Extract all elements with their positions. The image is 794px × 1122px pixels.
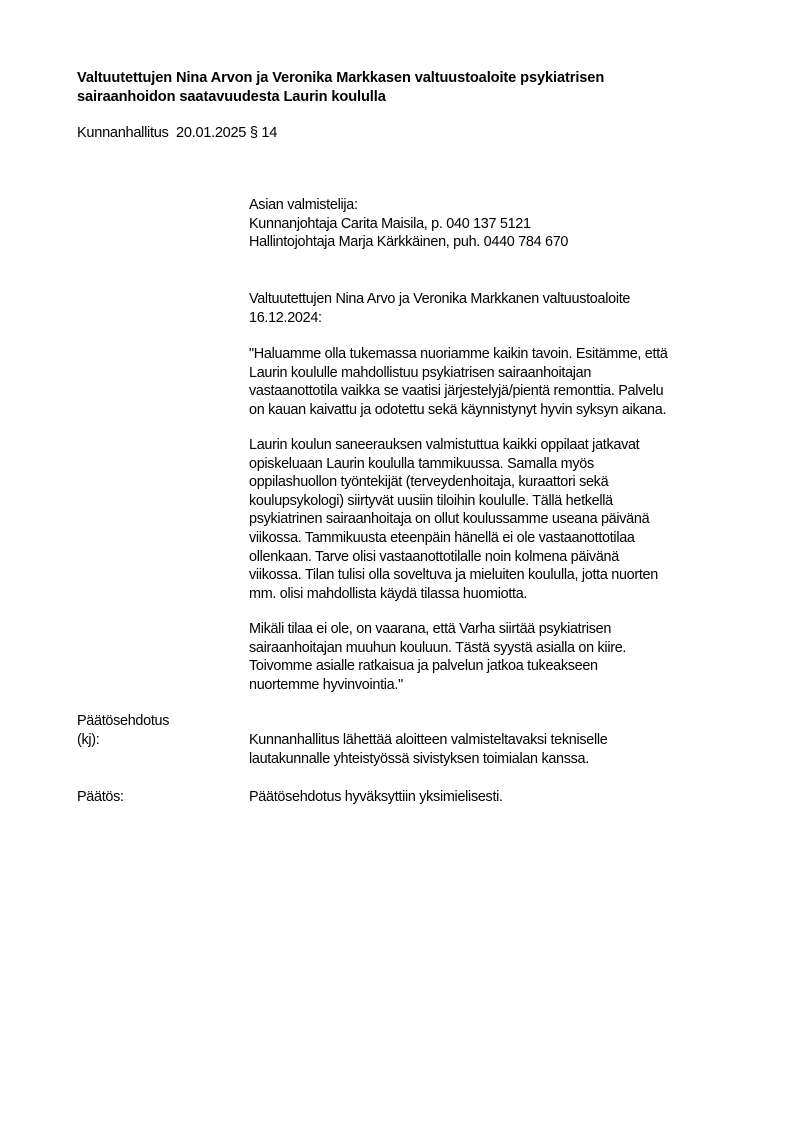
- intro-line: Valtuutettujen Nina Arvo ja Veronika Mar…: [249, 290, 759, 309]
- text-line: oppilashuollon työntekijät (terveydenhoi…: [249, 473, 759, 492]
- decision-text: Päätösehdotus hyväksyttiin yksimielisest…: [249, 788, 759, 807]
- text-line: opiskeluaan Laurin koululla tammikuussa.…: [249, 455, 759, 474]
- quote-paragraph-1: "Haluamme olla tukemassa nuoriamme kaiki…: [249, 345, 759, 419]
- meeting-reference: Kunnanhallitus 20.01.2025 § 14: [77, 124, 277, 143]
- text-line: vastaanottotila vaikka se vaatisi järjes…: [249, 382, 759, 401]
- text-line: Päätösehdotus hyväksyttiin yksimielisest…: [249, 788, 759, 807]
- intro-line: 16.12.2024:: [249, 309, 759, 328]
- text-line: psykiatrinen sairaanhoitaja on ollut kou…: [249, 510, 759, 529]
- text-line: lautakunnalle yhteistyössä sivistyksen t…: [249, 750, 759, 769]
- text-line: nuortemme hyvinvointia.": [249, 676, 759, 695]
- quote-paragraph-3: Mikäli tilaa ei ole, on vaarana, että Va…: [249, 620, 759, 694]
- preparers-heading: Asian valmistelija:: [249, 196, 759, 215]
- quote-paragraph-2: Laurin koulun saneerauksen valmistuttua …: [249, 436, 759, 603]
- text-line: Laurin koululle mahdollistuu psykiatrise…: [249, 364, 759, 383]
- preparer-line: Kunnanjohtaja Carita Maisila, p. 040 137…: [249, 215, 759, 234]
- proposal-label-line: (kj):: [77, 731, 169, 750]
- text-line: sairaanhoitajan muuhun kouluun. Tästä sy…: [249, 639, 759, 658]
- text-line: Laurin koulun saneerauksen valmistuttua …: [249, 436, 759, 455]
- text-line: viikossa. Tilan tulisi olla soveltuva ja…: [249, 566, 759, 585]
- title-line: sairaanhoidon saatavuudesta Laurin koulu…: [77, 88, 697, 107]
- title-line: Valtuutettujen Nina Arvon ja Veronika Ma…: [77, 69, 697, 88]
- text-line: koulupsykologi) siirtyvät uusiin tiloihi…: [249, 492, 759, 511]
- proposal-label: Päätösehdotus (kj):: [77, 712, 169, 749]
- initiative-intro: Valtuutettujen Nina Arvo ja Veronika Mar…: [249, 290, 759, 327]
- proposal-text: Kunnanhallitus lähettää aloitteen valmis…: [249, 731, 759, 768]
- text-line: on kauan kaivattu ja odotettu sekä käynn…: [249, 401, 759, 420]
- text-line: mm. olisi mahdollista käydä tilassa huom…: [249, 585, 759, 604]
- text-line: viikossa. Tammikuusta eteenpäin hänellä …: [249, 529, 759, 548]
- text-line: ollenkaan. Tarve olisi vastaanottotilall…: [249, 548, 759, 567]
- document-title: Valtuutettujen Nina Arvon ja Veronika Ma…: [77, 69, 697, 107]
- proposal-label-line: Päätösehdotus: [77, 712, 169, 731]
- preparer-line: Hallintojohtaja Marja Kärkkäinen, puh. 0…: [249, 233, 759, 252]
- text-line: "Haluamme olla tukemassa nuoriamme kaiki…: [249, 345, 759, 364]
- text-line: Toivomme asialle ratkaisua ja palvelun j…: [249, 657, 759, 676]
- text-line: Kunnanhallitus lähettää aloitteen valmis…: [249, 731, 759, 750]
- preparers-block: Asian valmistelija: Kunnanjohtaja Carita…: [249, 196, 759, 252]
- decision-label: Päätös:: [77, 788, 124, 807]
- text-line: Mikäli tilaa ei ole, on vaarana, että Va…: [249, 620, 759, 639]
